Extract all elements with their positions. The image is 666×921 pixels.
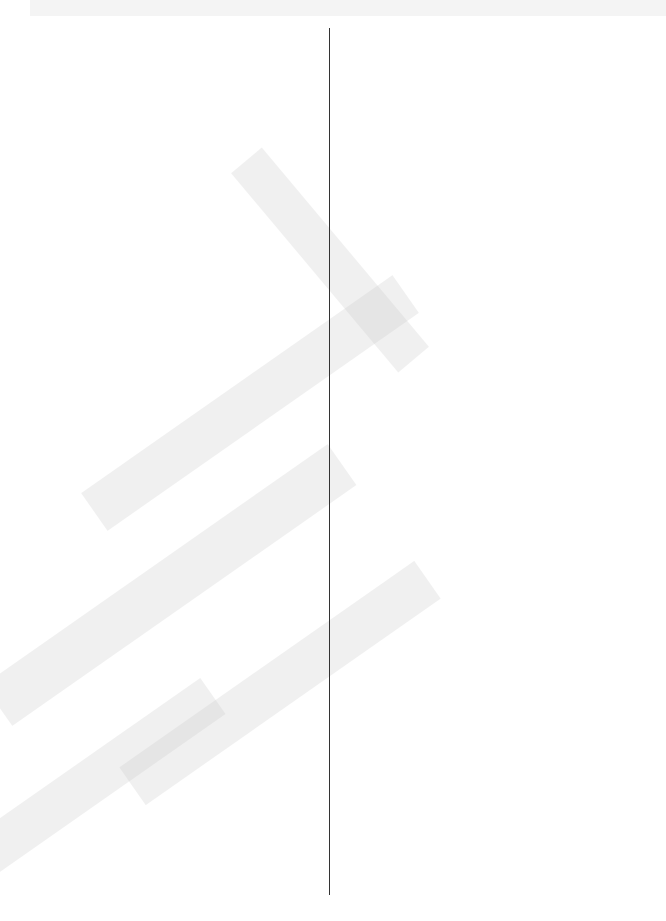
watermark-stroke (231, 148, 429, 373)
column-divider (329, 28, 330, 895)
watermark-stroke (81, 275, 419, 531)
watermark-stroke (0, 444, 356, 726)
watermark-stroke (119, 561, 440, 805)
top-margin-strip (30, 0, 666, 16)
watermark-stroke (0, 678, 225, 886)
